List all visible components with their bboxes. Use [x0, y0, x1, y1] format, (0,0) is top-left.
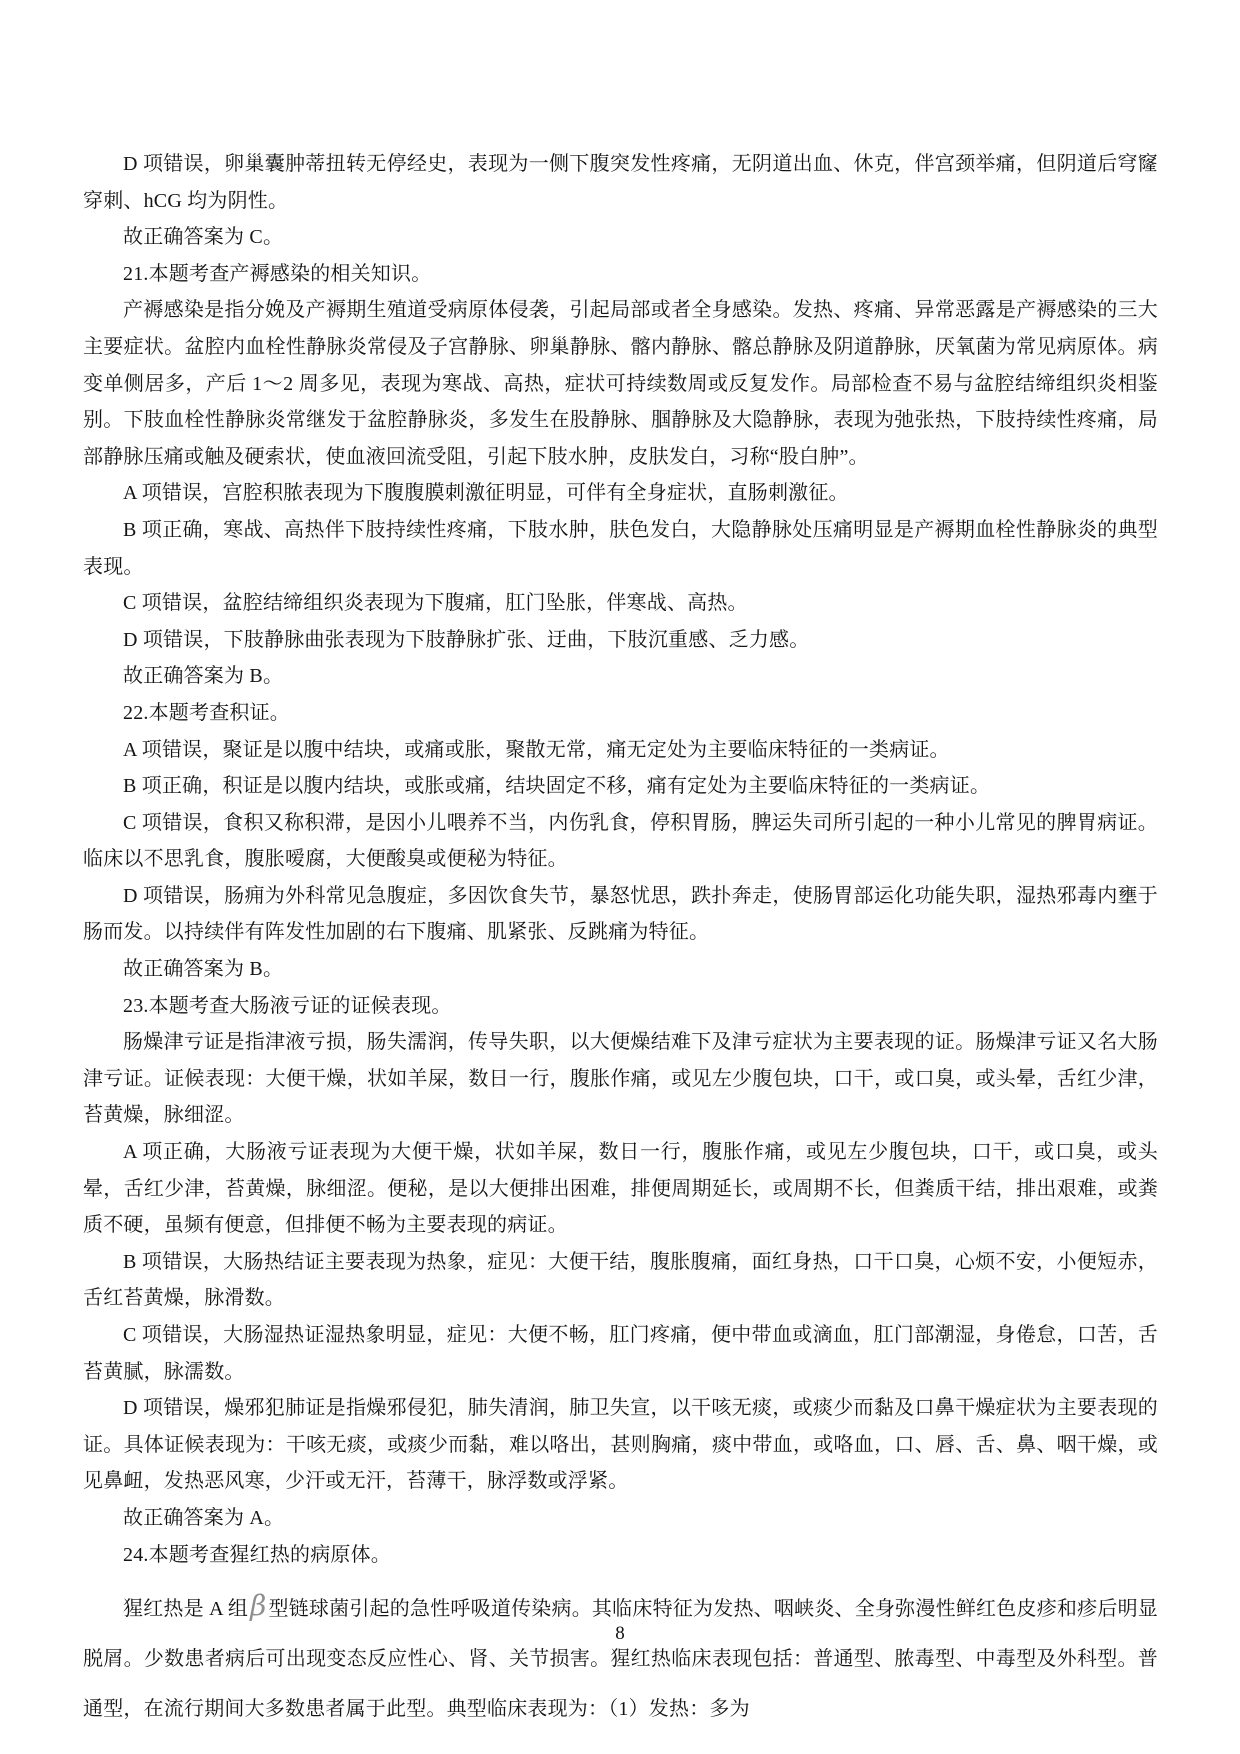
page-number: 8	[0, 1622, 1240, 1646]
paragraph-q22-option-c: C 项错误，食积又称积滞，是因小儿喂养不当，内伤乳食，停积胃肠，脾运失司所引起的…	[83, 805, 1158, 878]
q24-text-before-beta: 猩红热是 A 组	[123, 1598, 248, 1620]
paragraph-q22-option-d: D 项错误，肠痈为外科常见急腹症，多因饮食失节，暴怒忧思，跌扑奔走，使肠胃部运化…	[83, 878, 1158, 951]
paragraph-q22-option-a: A 项错误，聚证是以腹中结块，或痛或胀，聚散无常，痛无定处为主要临床特征的一类病…	[83, 732, 1158, 769]
paragraph-d-option-q20: D 项错误，卵巢囊肿蒂扭转无停经史，表现为一侧下腹突发性疼痛，无阴道出血、休克，…	[83, 146, 1158, 219]
paragraph-q22-option-b: B 项正确，积证是以腹内结块，或胀或痛，结块固定不移，痛有定处为主要临床特征的一…	[83, 768, 1158, 805]
beta-formula-symbol: β	[248, 1589, 268, 1622]
paragraph-question-22-header: 22.本题考查积证。	[83, 695, 1158, 732]
paragraph-q21-explanation: 产褥感染是指分娩及产褥期生殖道受病原体侵袭，引起局部或者全身感染。发热、疼痛、异…	[83, 292, 1158, 475]
paragraph-q21-option-c: C 项错误，盆腔结缔组织炎表现为下腹痛，肛门坠胀，伴寒战、高热。	[83, 585, 1158, 622]
document-page: D 项错误，卵巢囊肿蒂扭转无停经史，表现为一侧下腹突发性疼痛，无阴道出血、休克，…	[0, 0, 1240, 1754]
paragraph-q23-explanation: 肠燥津亏证是指津液亏损，肠失濡润，传导失职，以大便燥结难下及津亏症状为主要表现的…	[83, 1024, 1158, 1134]
paragraph-q23-option-c: C 项错误，大肠湿热证湿热象明显，症见：大便不畅，肛门疼痛，便中带血或滴血，肛门…	[83, 1317, 1158, 1390]
paragraph-q21-option-d: D 项错误，下肢静脉曲张表现为下肢静脉扩张、迂曲，下肢沉重感、乏力感。	[83, 622, 1158, 659]
paragraph-q24-explanation: 猩红热是 A 组β型链球菌引起的急性呼吸道传染病。其临床特征为发热、咽峡炎、全身…	[83, 1581, 1158, 1734]
paragraph-answer-q20: 故正确答案为 C。	[83, 219, 1158, 256]
paragraph-q23-option-b: B 项错误，大肠热结证主要表现为热象，症见：大便干结，腹胀腹痛，面红身热，口干口…	[83, 1244, 1158, 1317]
paragraph-q23-option-d: D 项错误，燥邪犯肺证是指燥邪侵犯，肺失清润，肺卫失宣，以干咳无痰，或痰少而黏及…	[83, 1390, 1158, 1500]
paragraph-question-23-header: 23.本题考查大肠液亏证的证候表现。	[83, 988, 1158, 1025]
document-body: D 项错误，卵巢囊肿蒂扭转无停经史，表现为一侧下腹突发性疼痛，无阴道出血、休克，…	[83, 146, 1158, 1734]
paragraph-answer-q23: 故正确答案为 A。	[83, 1500, 1158, 1537]
paragraph-answer-q21: 故正确答案为 B。	[83, 658, 1158, 695]
paragraph-answer-q22: 故正确答案为 B。	[83, 951, 1158, 988]
paragraph-q21-option-a: A 项错误，宫腔积脓表现为下腹腹膜刺激征明显，可伴有全身症状，直肠刺激征。	[83, 475, 1158, 512]
paragraph-q21-option-b: B 项正确，寒战、高热伴下肢持续性疼痛，下肢水肿，肤色发白，大隐静脉处压痛明显是…	[83, 512, 1158, 585]
paragraph-q23-option-a: A 项正确，大肠液亏证表现为大便干燥，状如羊屎，数日一行，腹胀作痛，或见左少腹包…	[83, 1134, 1158, 1244]
paragraph-question-21-header: 21.本题考查产褥感染的相关知识。	[83, 256, 1158, 293]
paragraph-question-24-header: 24.本题考查猩红热的病原体。	[83, 1537, 1158, 1574]
